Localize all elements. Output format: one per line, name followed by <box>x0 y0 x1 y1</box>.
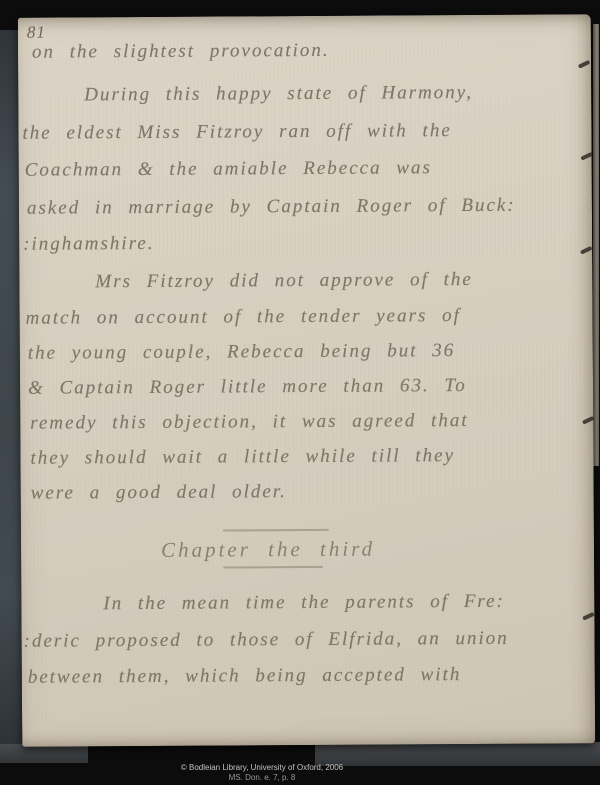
binding-stitch <box>580 246 593 255</box>
manuscript-line: remedy this objection, it was agreed tha… <box>30 410 468 435</box>
manuscript-line: they should wait a little while till the… <box>30 445 455 470</box>
manuscript-line: match on account of the tender years of <box>26 305 461 330</box>
binding-stitch <box>578 60 591 69</box>
image-caption: © Bodleian Library, University of Oxford… <box>0 763 524 783</box>
binding-stitch <box>582 612 595 621</box>
manuscript-line: In the mean time the parents of Fre: <box>103 591 505 615</box>
manuscript-line: the eldest Miss Fitzroy ran off with the <box>22 120 451 145</box>
manuscript-line: & Captain Roger little more than 63. To <box>28 375 467 400</box>
manuscript-line: During this happy state of Harmony, <box>84 82 473 106</box>
scanner-platform-left <box>0 744 88 763</box>
manuscript-line: the young couple, Rebecca being but 36 <box>28 340 456 365</box>
page-number: 81 <box>27 23 46 43</box>
chapter-heading: Chapter the third <box>161 537 375 563</box>
manuscript-line: between them, which being accepted with <box>28 664 462 689</box>
scan-background: 81 on the slightest provocation. During … <box>0 0 600 785</box>
copyright-caption: © Bodleian Library, University of Oxford… <box>0 763 524 773</box>
binding-stitch <box>582 416 595 425</box>
manuscript-page: 81 on the slightest provocation. During … <box>18 14 595 746</box>
shelfmark-caption: MS. Don. e. 7, p. 8 <box>0 773 524 783</box>
heading-rule-top <box>223 529 329 532</box>
manuscript-line: :inghamshire. <box>23 233 155 256</box>
manuscript-line: :deric proposed to those of Elfrida, an … <box>24 628 509 653</box>
page-edge-sliver <box>593 24 599 466</box>
binding-stitch <box>580 152 593 161</box>
manuscript-line: were a good deal older. <box>31 481 287 505</box>
manuscript-line: asked in marriage by Captain Roger of Bu… <box>27 195 516 220</box>
manuscript-line: Coachman & the amiable Rebecca was <box>25 157 432 181</box>
heading-rule-bottom <box>223 566 323 569</box>
manuscript-line: Mrs Fitzroy did not approve of the <box>95 269 473 293</box>
manuscript-line: on the slightest provocation. <box>32 40 330 64</box>
